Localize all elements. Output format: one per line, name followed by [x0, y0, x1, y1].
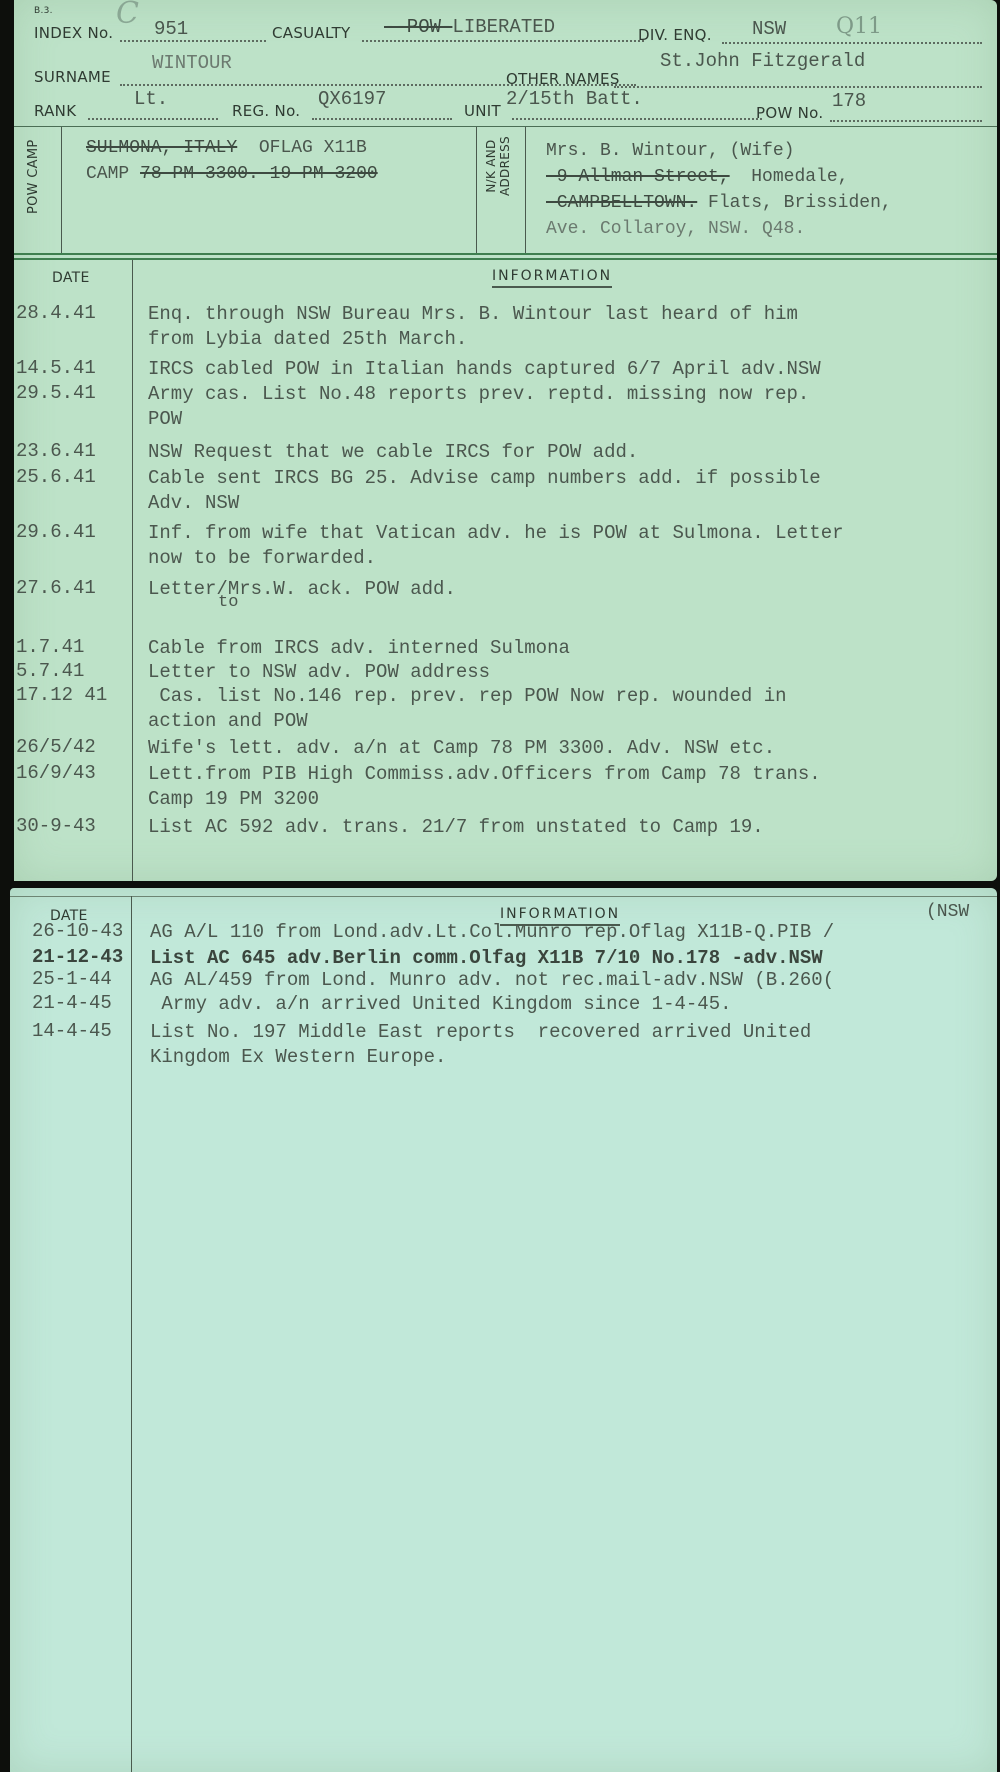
entry-date: 23.6.41 — [16, 440, 136, 462]
entry-date: 29.5.41 — [16, 382, 136, 404]
entry-date: 28.4.41 — [16, 302, 136, 324]
unit-label: UNIT — [464, 102, 501, 120]
index-card-front: B.3. C INDEX No. 951 CASUALTY --POW-LIBE… — [14, 0, 997, 881]
nk-address-label: N/K AND ADDRESS — [484, 136, 512, 196]
entry-date: 30-9-43 — [16, 815, 136, 837]
pow-camp-label: POW CAMP — [26, 140, 41, 214]
entry-date: 14-4-45 — [32, 1020, 152, 1042]
casualty-label: CASUALTY — [272, 24, 351, 42]
pow-no-value: 178 — [832, 90, 866, 112]
entry-date: 5.7.41 — [16, 660, 136, 682]
entry-date: 25-1-44 — [32, 968, 152, 990]
entry-date: 26/5/42 — [16, 736, 136, 758]
reg-no-value: QX6197 — [318, 88, 386, 110]
entry-info: Enq. through NSW Bureau Mrs. B. Wintour … — [148, 302, 798, 352]
casualty-struck: --POW- — [384, 16, 452, 38]
unit-value: 2/15th Batt. — [506, 88, 643, 110]
index-card-back: DATE INFORMATION (NSW 26-10-43AG A/L 110… — [10, 888, 997, 1772]
entry-info: IRCS cabled POW in Italian hands capture… — [148, 357, 821, 382]
entry-date: 29.6.41 — [16, 521, 136, 543]
index-label: INDEX No. — [34, 24, 113, 42]
entry-info: Inf. from wife that Vatican adv. he is P… — [148, 521, 844, 571]
entry-info: List AC 592 adv. trans. 21/7 from unstat… — [148, 815, 764, 840]
corner-note: (NSW — [926, 902, 969, 922]
pow-no-label: POW No. — [756, 104, 823, 122]
entry-info: Army cas. List No.48 reports prev. reptd… — [148, 382, 809, 432]
entry-date: 25.6.41 — [16, 466, 136, 488]
div-enq-pencil: Q11 — [836, 14, 882, 39]
entry-date: 21-4-45 — [32, 992, 152, 1014]
casualty-value: LIBERATED — [452, 16, 555, 38]
entry-info: Cas. list No.146 rep. prev. rep POW Now … — [148, 684, 787, 734]
pow-camp-struck: SULMONA,-ITALY — [86, 138, 237, 158]
entry-date: 14.5.41 — [16, 357, 136, 379]
pencil-mark: C — [116, 0, 139, 31]
pow-camp-prefix: CAMP — [86, 164, 129, 184]
information-header: INFORMATION — [492, 268, 612, 288]
reg-no-label: REG. No. — [232, 102, 300, 120]
rank-label: RANK — [34, 102, 76, 120]
pow-camp-numbers-struck: 78-PM-3300. 19-PM-3200 — [140, 164, 378, 184]
entry-info: Lett.from PIB High Commiss.adv.Officers … — [148, 762, 821, 812]
entry-info: List No. 197 Middle East reports recover… — [150, 1020, 811, 1070]
other-names-value: St.John Fitzgerald — [660, 50, 865, 72]
rank-value: Lt. — [134, 88, 168, 110]
entry-date: 27.6.41 — [16, 577, 136, 599]
entry-date: 21-12-43 — [32, 946, 152, 968]
entry-info: AG AL/459 from Lond. Munro adv. not rec.… — [150, 968, 834, 993]
entry-info: Cable from IRCS adv. interned Sulmona — [148, 636, 570, 661]
other-names-label: OTHER NAMES — [506, 70, 620, 88]
date-header: DATE — [52, 270, 90, 286]
entry-annotation: to — [218, 593, 238, 612]
pow-camp-value: OFLAG X11B — [259, 138, 367, 158]
entry-info: Cable sent IRCS BG 25. Advise camp numbe… — [148, 466, 821, 516]
div-enq-value: NSW — [752, 18, 786, 40]
surname-value: WINTOUR — [152, 52, 232, 74]
entry-info: Letter to NSW adv. POW address — [148, 660, 490, 685]
entry-info: Army adv. a/n arrived United Kingdom sin… — [150, 992, 732, 1017]
entry-date: 1.7.41 — [16, 636, 136, 658]
surname-label: SURNAME — [34, 68, 111, 86]
form-code: B.3. — [34, 6, 53, 16]
entry-info: AG A/L 110 from Lond.adv.Lt.Col.Munro re… — [150, 920, 834, 945]
entry-date: 26-10-43 — [32, 920, 152, 942]
entry-info: Wife's lett. adv. a/n at Camp 78 PM 3300… — [148, 736, 775, 761]
nk-address: Mrs. B. Wintour, (Wife) -9-Allman-Street… — [546, 138, 892, 242]
entry-date: 16/9/43 — [16, 762, 136, 784]
div-enq-label: DIV. ENQ. — [638, 26, 712, 44]
entry-info: Letter/Mrs.W. ack. POW add. — [148, 577, 456, 602]
entry-date: 17.12 41 — [16, 684, 136, 706]
entry-info: NSW Request that we cable IRCS for POW a… — [148, 440, 638, 465]
index-value: 951 — [154, 18, 188, 40]
